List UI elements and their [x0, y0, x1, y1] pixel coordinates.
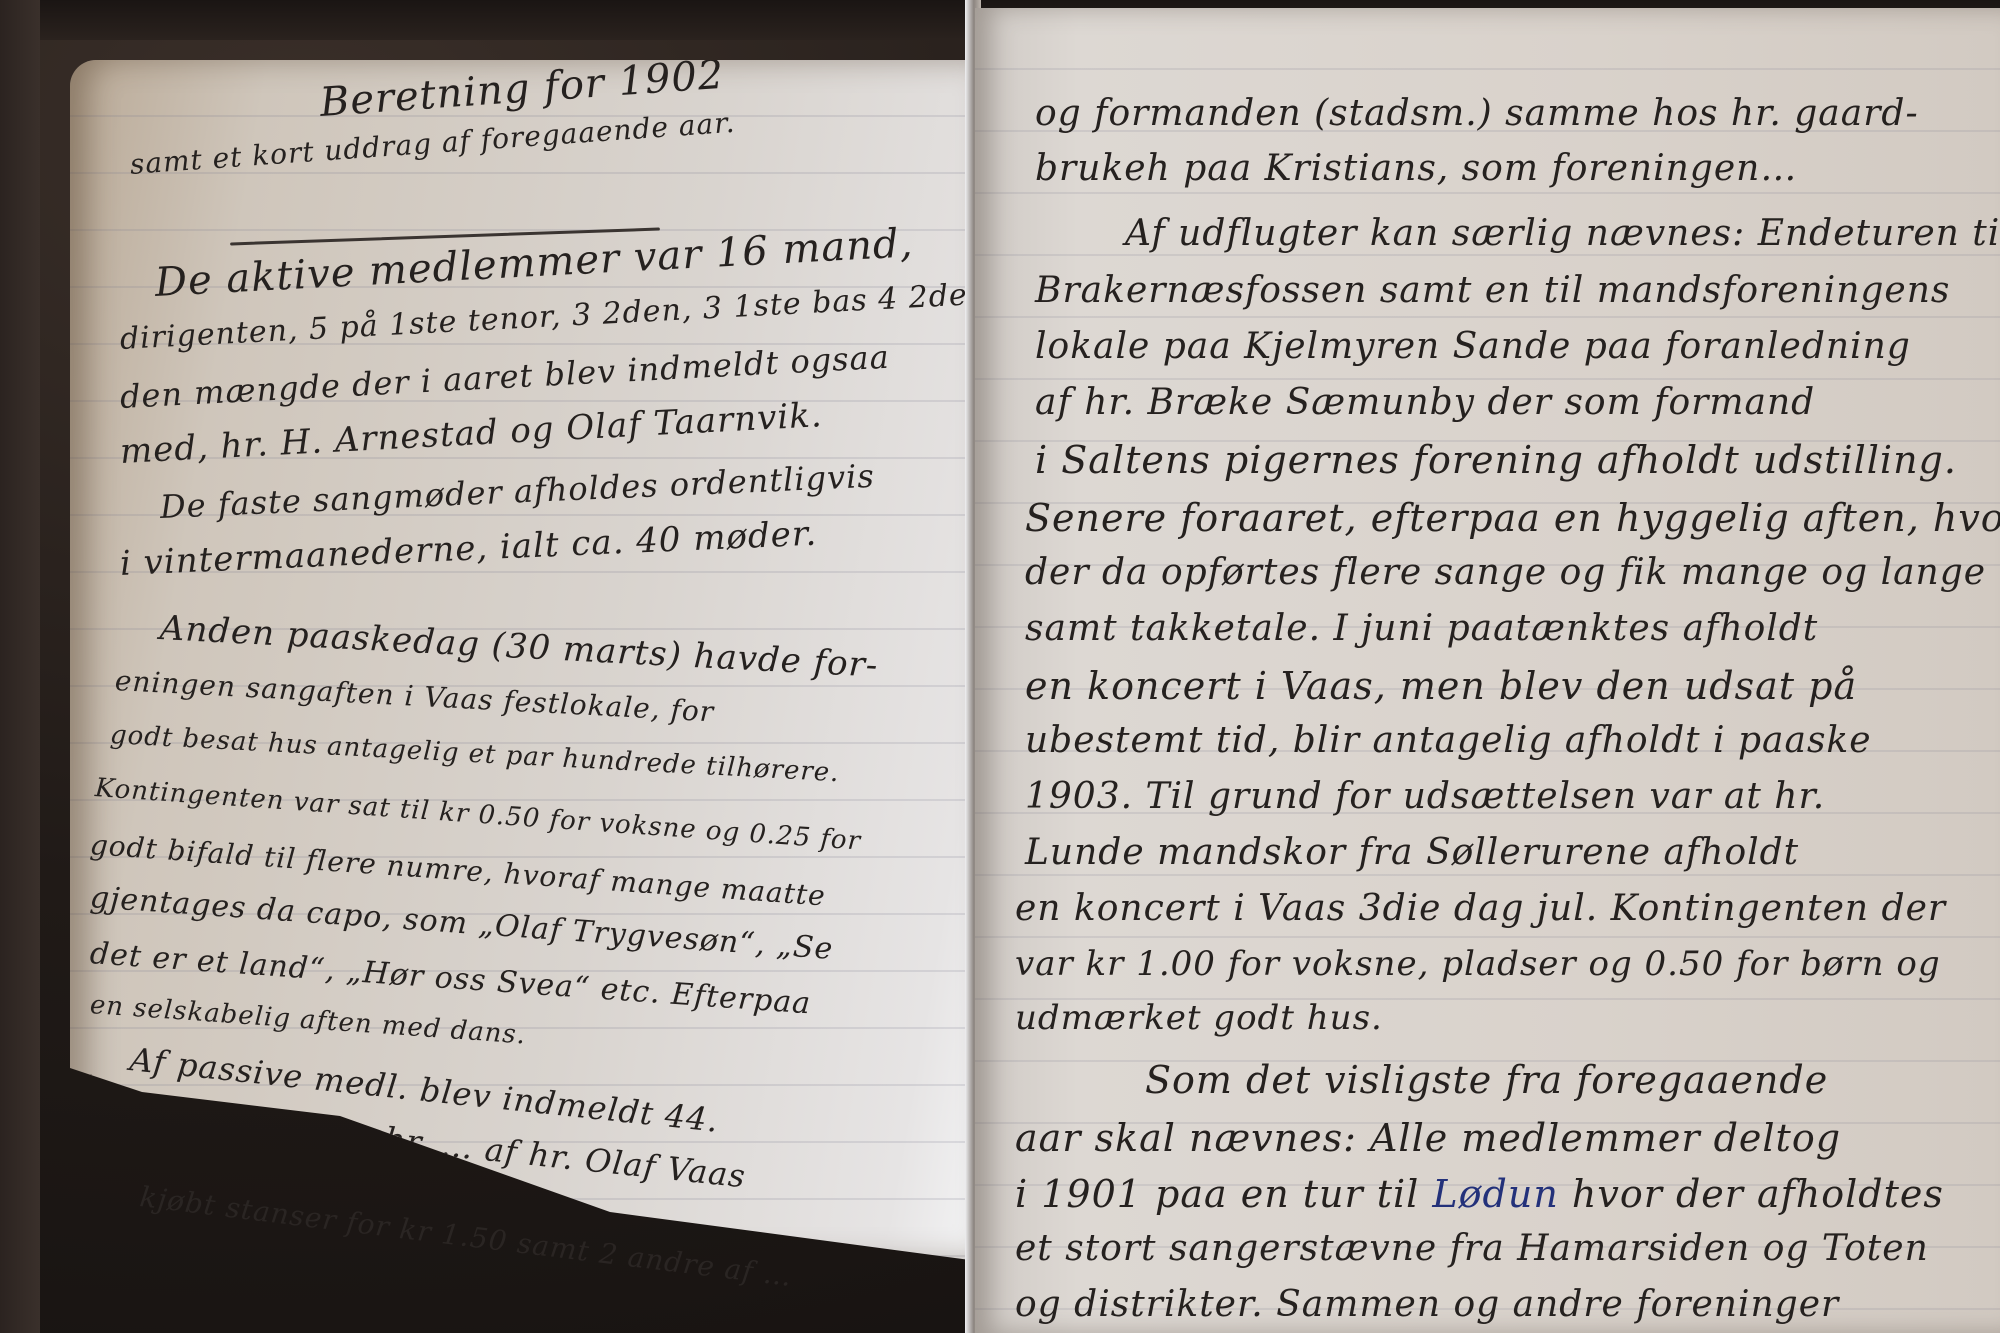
right-page: og formanden (stadsm.) samme hos hr. gaa… — [975, 8, 2000, 1333]
text-line: ubestemt tid, blir antagelig afholdt i p… — [1025, 720, 1872, 761]
left-page: Beretning for 1902 samt et kort uddrag a… — [70, 60, 970, 1260]
text-line: en selskabelig aften med dans. — [89, 990, 527, 1050]
text-line: i vintermaanederne, ialt ca. 40 møder. — [119, 514, 818, 584]
text-line: i Saltens pigernes forening afholdt udst… — [1035, 438, 1957, 482]
text-line: og distrikter. Sammen og andre foreninge… — [1015, 1284, 1839, 1325]
text-line: var kr 1.00 for voksne, pladser og 0.50 … — [1015, 944, 1941, 984]
text-line: et stort sangerstævne fra Hamarsiden og … — [1015, 1228, 1929, 1269]
text-line: aar skal nævnes: Alle medlemmer deltog — [1015, 1116, 1841, 1160]
text-line: og formanden (stadsm.) samme hos hr. gaa… — [1035, 93, 1919, 134]
text-line: af hr. Bræke Sæmunby der som formand — [1035, 382, 1815, 423]
open-notebook: Beretning for 1902 samt et kort uddrag a… — [60, 0, 2000, 1333]
margin-note: Ex. — [76, 1072, 111, 1097]
text-line: Som det visligste fra foregaaende — [1145, 1058, 1828, 1102]
text-line: godt besat hus antagelig et par hundrede… — [109, 720, 840, 788]
text-line: 1903. Til grund for udsættelsen var at h… — [1025, 776, 1825, 817]
text-line: Af udflugter kan særlig nævnes: Endeture… — [1125, 213, 2000, 254]
blue-ink-word: Lødun — [1432, 1172, 1558, 1216]
text-line: samt takketale. I juni paatænktes afhold… — [1025, 608, 1818, 649]
margin-note: … — [70, 1108, 92, 1133]
text-line: Senere foraaret, efterpaa en hyggelig af… — [1025, 496, 2000, 540]
text-line: en koncert i Vaas 3die dag jul. Kontinge… — [1015, 888, 1946, 929]
text-line: eningen sangaften i Vaas festlokale, for — [114, 664, 715, 728]
text-line: udmærket godt hus. — [1015, 998, 1383, 1038]
text-line: i 1901 paa en tur til Lødun hvor der afh… — [1015, 1172, 1944, 1216]
text-line: lokale paa Kjelmyren Sande paa foranledn… — [1035, 326, 1911, 367]
text-line: der da opførtes flere sange og fik mange… — [1025, 552, 1986, 593]
text-line: brukeh paa Kristians, som foreningen… — [1035, 148, 1797, 189]
text-line: en koncert i Vaas, men blev den udsat på — [1025, 664, 1857, 708]
background-left — [0, 0, 40, 1333]
text-line: Lunde mandskor fra Søllerurene afholdt — [1025, 832, 1799, 873]
text-line: Brakernæsfossen samt en til mandsforenin… — [1035, 270, 1950, 311]
photo-scene: Beretning for 1902 samt et kort uddrag a… — [0, 0, 2000, 1333]
